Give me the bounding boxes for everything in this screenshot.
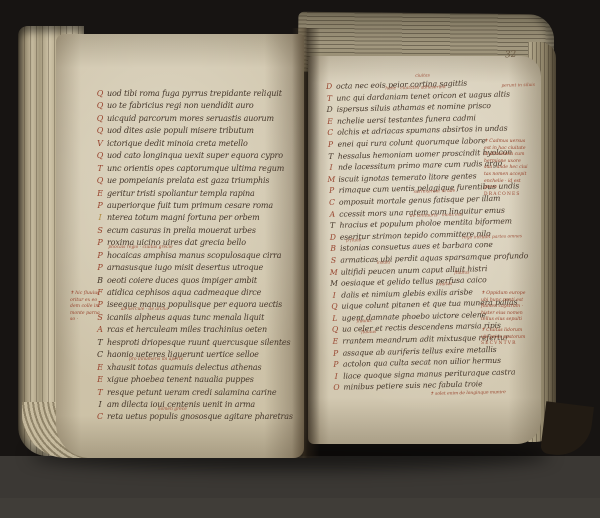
verse-text: dalis et nimium glebis exilis arisbe [341, 287, 473, 299]
initial-letter: D [326, 105, 334, 114]
verse-text: geritur tristi spoliantur templa rapina [107, 189, 255, 198]
initial-letter: E [331, 337, 339, 346]
verse-text: ue pompeianis prelata est gaza triumphis [107, 176, 269, 185]
margin-note-line: so · [70, 317, 100, 324]
verse-line: Quod cato longinqua uexit super equora c… [96, 151, 302, 163]
interlinear-gloss: ciuitas [437, 283, 452, 288]
verse-line: Victorique dedit minoia creta metello [96, 139, 302, 151]
initial-letter: P [96, 263, 104, 272]
verse-text: uod dites asie populi misere tributum [107, 126, 254, 135]
verse-line: Boeoti coiere duces quos impiger ambit [96, 276, 302, 288]
interlinear-gloss: pro innumeris ibi aperte [129, 358, 183, 362]
initial-letter: Q [96, 176, 104, 185]
initial-letter: Q [96, 126, 104, 135]
initial-letter: C [328, 198, 336, 207]
interlinear-gloss: ciuitas [415, 75, 430, 80]
verse-line: Parnasusque iugo misit desertus utroque [96, 263, 302, 275]
initial-letter: T [325, 93, 333, 102]
verse-text: ictorique dedit minoia creta metello [107, 139, 248, 148]
verse-line: Quo te fabricius regi non uendidit auro [96, 101, 302, 113]
verse-text: icaniis alpheus aquas tunc menala liquit [107, 313, 264, 322]
verse-line: Exhausit totas quamuis delectus athenasp… [96, 363, 302, 375]
initial-letter: E [96, 189, 104, 198]
margin-note-line: ✝ hic fluuius [70, 291, 100, 298]
right-margin-note-ciuitas: ✝ Ciuitas lidorumubi prius pastorumSECVN… [481, 328, 525, 348]
margin-note-line: in draconem cum [484, 152, 528, 159]
interlinear-gloss: fluuius [361, 331, 376, 336]
verse-text: uod cato longinqua uexit super equora cy… [107, 151, 283, 160]
manuscript-photo: 32 Quod tibi roma fuga pyrrus trepidante… [0, 0, 600, 518]
margin-note-line: enchelie · id est [484, 179, 528, 186]
verse-line: Tunc orientis opes captorumque ultima re… [96, 164, 302, 176]
initial-letter: O [332, 383, 340, 392]
initial-letter: Q [330, 302, 338, 311]
initial-letter: D [329, 232, 337, 241]
initial-letter: I [327, 163, 335, 172]
margin-note-line: ubi prius pastorum [481, 335, 525, 342]
initial-letter: M [330, 279, 338, 288]
verse-text: atidica cephisos aqua cadmeaque dirce [107, 288, 261, 297]
initial-letter: L [331, 314, 339, 323]
initial-letter: M [327, 175, 335, 184]
initial-letter: I [96, 213, 104, 222]
initial-letter: P [332, 360, 340, 369]
verse-line: Quod dites asie populi misere tributum [96, 126, 302, 138]
initial-letter: P [96, 251, 104, 260]
verse-text: reta uetus populis gnososque agitare pha… [107, 412, 293, 421]
interlinear-gloss: insula [377, 261, 390, 266]
initial-letter: I [332, 372, 340, 381]
interlinear-gloss: p fluuii [346, 239, 362, 244]
verse-line: Chaonio ueteres liquerunt uertice selloe [96, 350, 302, 362]
verse-line: Sicaniis alpheus aquas tunc menala liqui… [96, 313, 302, 325]
left-text-column: Quod tibi roma fuga pyrrus trepidante re… [96, 89, 302, 425]
margin-note-line: dem colle in [70, 304, 100, 311]
verse-line: Exigue phoebea tenent naualia puppes [96, 375, 302, 387]
initial-letter: T [328, 221, 336, 230]
initial-letter: E [326, 117, 334, 126]
left-margin-note: ✝ hic fluuiusoritur ex eodem colle inmon… [70, 291, 100, 324]
initial-letter: P [332, 348, 340, 357]
verse-text: xigue phoebea tenent naualia puppes [107, 375, 254, 384]
verse-text: rcas et herculeam miles trachinius oeten [107, 325, 267, 334]
initial-letter: B [329, 244, 337, 253]
verse-text: uicquid parcorum mores seruastis auorum [107, 114, 274, 123]
verse-line: Fatidica cephisos aqua cadmeaque dirce [96, 288, 302, 300]
initial-letter: I [96, 400, 104, 409]
margin-note-line: sua · unde hec ciui [484, 165, 528, 172]
initial-letter: B [96, 276, 104, 285]
verse-text: auperiorque fuit tum primum cesare roma [107, 201, 273, 210]
interlinear-gloss: fluuius [454, 271, 469, 276]
initial-letter: P [326, 140, 334, 149]
right-margin-note-cadmus: ✝ Cadmus uersusest in hac ciuitatein dra… [484, 139, 528, 198]
verse-text: nterea totum magni fortuna per orbem [107, 213, 260, 222]
verse-line: Quod tibi roma fuga pyrrus trepidante re… [96, 89, 302, 101]
verse-line: Interea totum magni fortuna per orbem [96, 213, 302, 225]
verse-line: Secum casuras in prelia mouerat urbes [96, 226, 302, 238]
margin-note-line: ✝ Oppidum europe [481, 291, 525, 298]
verse-text: uo te fabricius regi non uendidit auro [107, 101, 254, 110]
verse-text: oeoti coiere duces quos impiger ambit [107, 276, 257, 285]
initial-letter: S [329, 256, 337, 265]
cover-corner [540, 401, 594, 458]
right-margin-note-oppidum: ✝ Oppidum europeubi hunc ponti estflumen… [481, 291, 525, 324]
verse-line: Tresque petunt ueram credi salamina cari… [96, 388, 302, 400]
verse-line: Arcas et herculeam miles trachinius oete… [96, 325, 302, 337]
margin-note-capitals: DRACONES [484, 192, 528, 199]
verse-line: Que pompeianis prelata est gaza triumphi… [96, 176, 302, 188]
verse-line: Creta uetus populis gnososque agitare ph… [96, 412, 302, 424]
verse-text: uod tibi roma fuga pyrrus trepidante rel… [107, 89, 282, 98]
verse-text: resque petunt ueram credi salamina carin… [107, 388, 276, 397]
initial-letter: P [96, 201, 104, 210]
initial-letter: C [326, 128, 334, 137]
initial-letter: T [327, 151, 335, 160]
initial-letter: Q [331, 325, 339, 334]
initial-letter: A [96, 325, 104, 334]
verse-line: Pauperiorque fuit tum primum cesare roma [96, 201, 302, 213]
interlinear-gloss: phocais regio · ciuitas grecie [108, 246, 172, 250]
initial-letter: T [96, 388, 104, 397]
verse-text: xhausit totas quamuis delectus athenas [107, 363, 262, 372]
verse-line: Quicquid parcorum mores seruastis auorum [96, 114, 302, 126]
margin-note-line: flumen caystrum · [481, 304, 525, 311]
verse-text: arnasusque iugo misit desertus utroque [107, 263, 263, 272]
margin-note-line: tellus eius sepulti [481, 317, 525, 324]
interlinear-gloss: rege includit partes omnes [462, 235, 522, 241]
verse-line: Phocaicas amphisa manus scopulosaque cir… [96, 251, 302, 263]
folio-number: 32 [505, 50, 517, 61]
initial-letter: M [330, 267, 338, 276]
initial-letter: D [325, 82, 333, 91]
interlinear-gloss: perunt in siluis [501, 84, 535, 89]
verse-line: Thesproti driopesque ruunt quercusque si… [96, 338, 302, 350]
margin-note-capitals: SECVNTVR [481, 341, 525, 348]
initial-letter: P [328, 186, 336, 195]
verse-text: unc orientis opes captorumque ultima reg… [107, 164, 284, 173]
margin-note-line: monte parna [70, 311, 100, 318]
margin-note-line: ✝ Cadmus uersus [484, 139, 528, 146]
initial-letter: P [96, 238, 104, 247]
table-surface-highlight [0, 498, 600, 518]
initial-letter: C [96, 412, 104, 421]
initial-letter: I [330, 290, 338, 299]
initial-letter: Q [96, 89, 104, 98]
margin-note-line: tas nomen accepit [484, 172, 528, 179]
initial-letter: S [96, 226, 104, 235]
margin-note-line: grece · [484, 185, 528, 192]
initial-letter: V [96, 139, 104, 148]
initial-letter: E [96, 375, 104, 384]
initial-letter: C [96, 350, 104, 359]
verse-line: Egeritur tristi spoliantur templa rapina [96, 189, 302, 201]
interlinear-gloss: ab hercule · de archa [121, 308, 168, 312]
initial-letter: Q [96, 151, 104, 160]
initial-letter: T [96, 164, 104, 173]
verse-text: hocaicas amphisa manus scopulosaque cirr… [107, 251, 281, 260]
initial-letter: Q [96, 101, 104, 110]
initial-letter: E [96, 363, 104, 372]
initial-letter: T [96, 338, 104, 347]
initial-letter: A [328, 209, 336, 218]
interlinear-gloss: fluuius [357, 320, 372, 325]
initial-letter: Q [96, 114, 104, 123]
margin-note-line: ✝ Ciuitas lidorum [481, 328, 525, 335]
verse-line: Iam dilecta ioui centenis uenit in arma [96, 400, 302, 412]
verse-text: ecum casuras in prelia mouerat urbes [107, 226, 256, 235]
interlinear-gloss: nomen grece [158, 408, 187, 412]
verse-text: hesproti driopesque ruunt quercusque sil… [107, 338, 290, 347]
